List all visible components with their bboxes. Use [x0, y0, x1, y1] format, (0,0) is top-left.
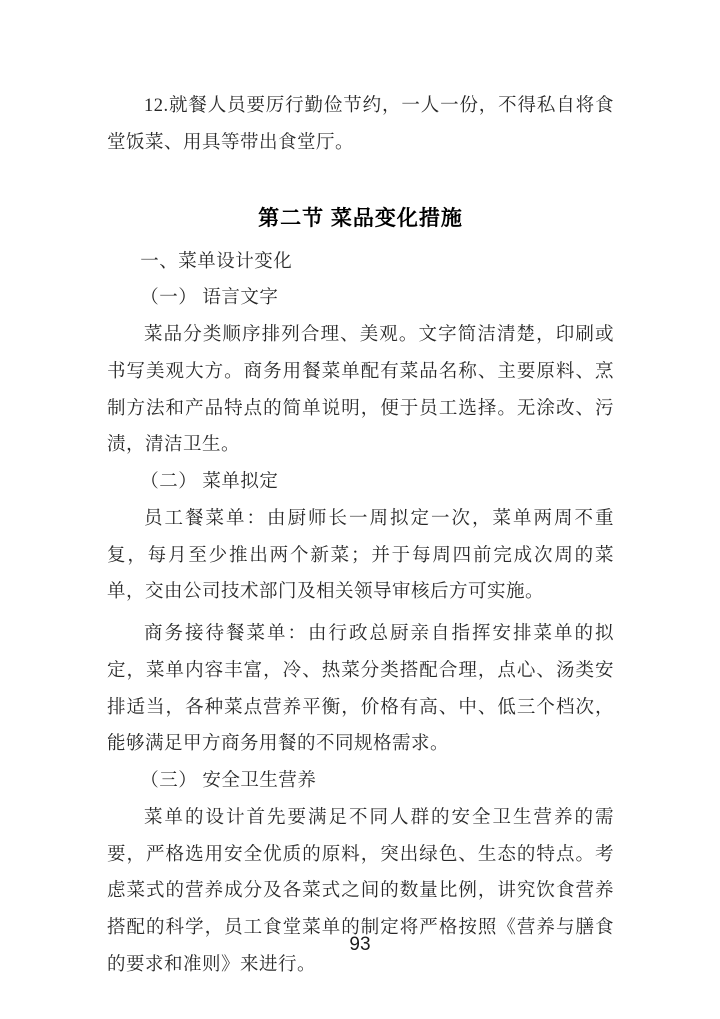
- section-heading: 第二节 菜品变化措施: [107, 197, 614, 240]
- subsection-menu-drafting: （二） 菜单拟定: [107, 464, 614, 501]
- paragraph-language: 菜品分类顺序排列合理、美观。文字简洁清楚，印刷或书写美观大方。商务用餐菜单配有菜…: [107, 317, 614, 464]
- subsection-language-text: （一） 语言文字: [107, 280, 614, 317]
- page-number: 93: [0, 932, 720, 958]
- document-page: 12.就餐人员要厉行勤俭节约，一人一份，不得私自将食堂饭菜、用具等带出食堂厅。 …: [0, 0, 720, 1019]
- subsection-menu-design: 一、菜单设计变化: [107, 244, 614, 281]
- paragraph-business-menu: 商务接待餐菜单：由行政总厨亲自指挥安排菜单的拟定，菜单内容丰富，冷、热菜分类搭配…: [107, 616, 614, 763]
- paragraph-staff-menu: 员工餐菜单：由厨师长一周拟定一次，菜单两周不重复，每月至少推出两个新菜；并于每周…: [107, 501, 614, 611]
- subsection-safety-hygiene-nutrition: （三） 安全卫生营养: [107, 763, 614, 800]
- paragraph-rule-12: 12.就餐人员要厉行勤俭节约，一人一份，不得私自将食堂饭菜、用具等带出食堂厅。: [107, 88, 614, 162]
- document-body: 12.就餐人员要厉行勤俭节约，一人一份，不得私自将食堂饭菜、用具等带出食堂厅。 …: [107, 88, 614, 984]
